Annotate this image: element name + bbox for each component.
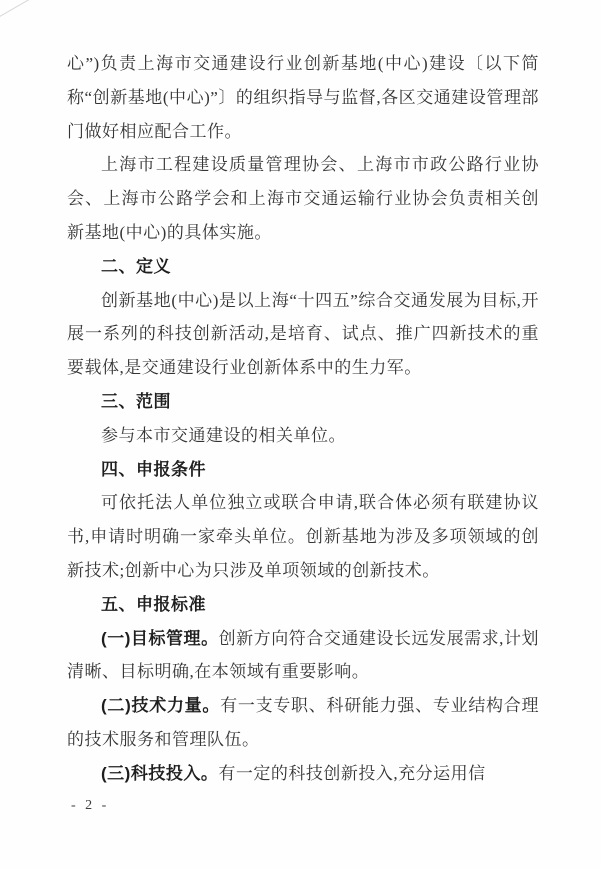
paragraph-definition: 创新基地(中心)是以上海“十四五”综合交通发展为目标,开展一系列的科技创新活动,…	[67, 284, 539, 385]
scanned-document-page: 心”)负责上海市交通建设行业创新基地(中心)建设〔以下简称“创新基地(中心)”〕…	[0, 0, 601, 869]
paragraph-scope: 参与本市交通建设的相关单位。	[67, 419, 539, 453]
section-heading-scope: 三、范围	[67, 385, 539, 419]
item-label: (一)目标管理。	[101, 629, 219, 648]
paragraph-continuation: 心”)负责上海市交通建设行业创新基地(中心)建设〔以下简称“创新基地(中心)”〕…	[67, 47, 539, 148]
item-technical-strength: (二)技术力量。有一支专职、科研能力强、专业结构合理的技术服务和管理队伍。	[67, 689, 539, 757]
section-heading-application-standards: 五、申报标准	[67, 588, 539, 622]
section-heading-application-conditions: 四、申报条件	[67, 453, 539, 487]
item-goal-management: (一)目标管理。创新方向符合交通建设长远发展需求,计划清晰、目标明确,在本领域有…	[67, 622, 539, 690]
section-heading-definition: 二、定义	[67, 250, 539, 284]
item-text: 有一定的科技创新投入,充分运用信	[218, 764, 485, 783]
document-body: 心”)负责上海市交通建设行业创新基地(中心)建设〔以下简称“创新基地(中心)”〕…	[67, 47, 539, 791]
item-tech-investment: (三)科技投入。有一定的科技创新投入,充分运用信	[67, 757, 539, 791]
item-label: (三)科技投入。	[101, 764, 218, 783]
paragraph-associations: 上海市工程建设质量管理协会、上海市市政公路行业协会、上海市公路学会和上海市交通运…	[67, 148, 539, 249]
paragraph-application-conditions: 可依托法人单位独立或联合申请,联合体必须有联建协议书,申请时明确一家牵头单位。创…	[67, 486, 539, 587]
page-number: - 2 -	[71, 796, 109, 816]
item-label: (二)技术力量。	[101, 696, 220, 715]
scan-corner-artifact	[0, 0, 29, 18]
